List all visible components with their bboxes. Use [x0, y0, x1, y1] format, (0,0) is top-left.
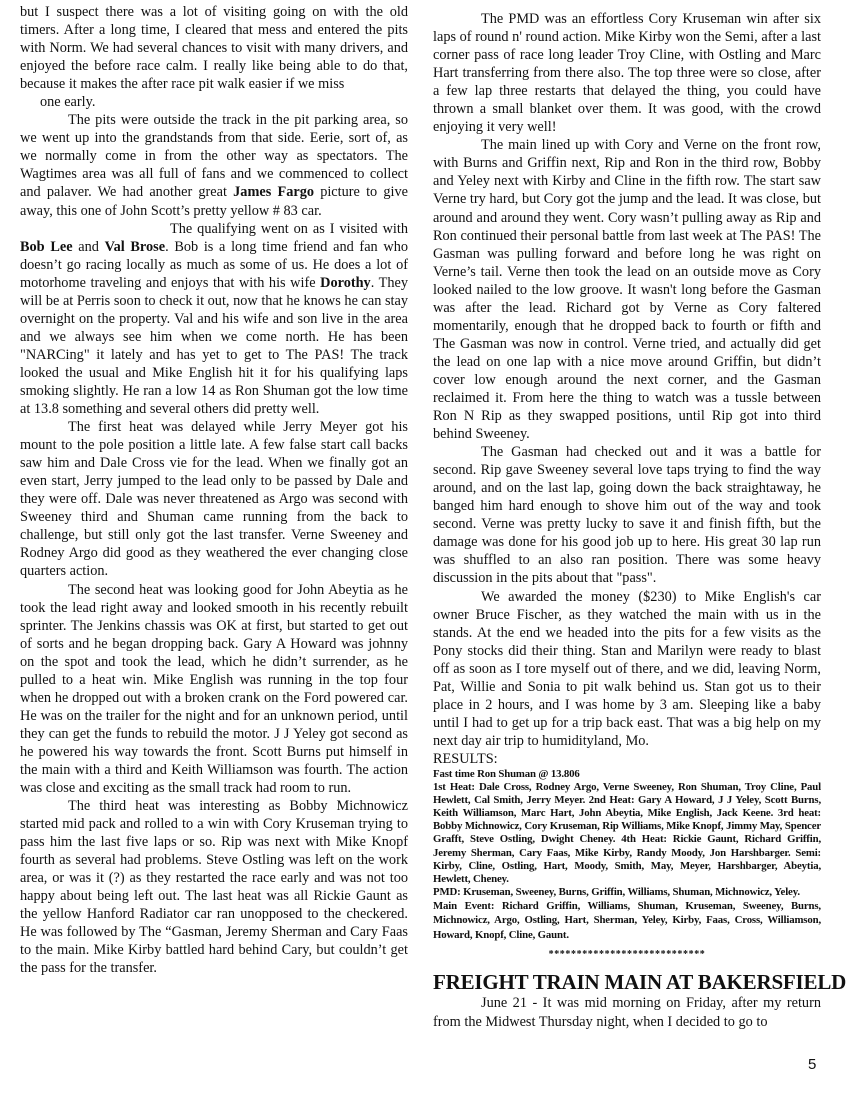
- left-column: but I suspect there was a lot of visitin…: [20, 3, 408, 978]
- results-heats: 1st Heat: Dale Cross, Rodney Argo, Verne…: [433, 781, 821, 886]
- paragraph-text: but I suspect there was a lot of visitin…: [20, 4, 408, 92]
- paragraph-main: The main lined up with Cory and Verne on…: [433, 136, 821, 443]
- results-block: Fast time Ron Shuman @ 13.806 1st Heat: …: [433, 768, 821, 942]
- page-number: 5: [808, 1056, 816, 1073]
- paragraph-text: The qualifying went on as I visited with: [170, 221, 408, 237]
- results-pmd: PMD: Kruseman, Sweeney, Burns, Griffin, …: [433, 886, 821, 899]
- paragraph-third-heat: The third heat was interesting as Bobby …: [20, 797, 408, 977]
- bold-name-dorothy: Dorothy: [320, 275, 371, 291]
- paragraph-pmd: The PMD was an effortless Cory Kruseman …: [433, 10, 821, 136]
- paragraph-continuation: but I suspect there was a lot of visitin…: [20, 3, 408, 93]
- paragraph-text: and: [73, 239, 105, 255]
- paragraph-continuation-tail: one early.: [20, 93, 408, 111]
- paragraph-money: We awarded the money ($230) to Mike Engl…: [433, 588, 821, 750]
- paragraph-first-heat: The first heat was delayed while Jerry M…: [20, 418, 408, 580]
- bold-name-val-brose: Val Brose: [105, 239, 166, 255]
- bold-name-james-fargo: James Fargo: [233, 184, 314, 200]
- paragraph-second-heat: The second heat was looking good for Joh…: [20, 581, 408, 798]
- paragraph-battle: The Gasman had checked out and it was a …: [433, 443, 821, 587]
- results-label: RESULTS:: [433, 750, 821, 768]
- paragraph-pits: The pits were outside the track in the p…: [20, 111, 408, 219]
- results-main-event: Main Event: Richard Griffin, Williams, S…: [433, 899, 821, 943]
- bold-name-bob-lee: Bob Lee: [20, 239, 73, 255]
- separator-stars: ****************************: [433, 946, 821, 964]
- right-column: The PMD was an effortless Cory Kruseman …: [433, 10, 821, 1031]
- paragraph-bakersfield-lead: June 21 - It was mid morning on Friday, …: [433, 994, 821, 1030]
- paragraph-text: . They will be at Perris soon to check i…: [20, 275, 408, 417]
- article-headline: FREIGHT TRAIN MAIN AT BAKERSFIELD: [433, 970, 821, 994]
- results-fast-time: Fast time Ron Shuman @ 13.806: [433, 768, 821, 781]
- paragraph-qualifying: The qualifying went on as I visited with…: [20, 220, 408, 419]
